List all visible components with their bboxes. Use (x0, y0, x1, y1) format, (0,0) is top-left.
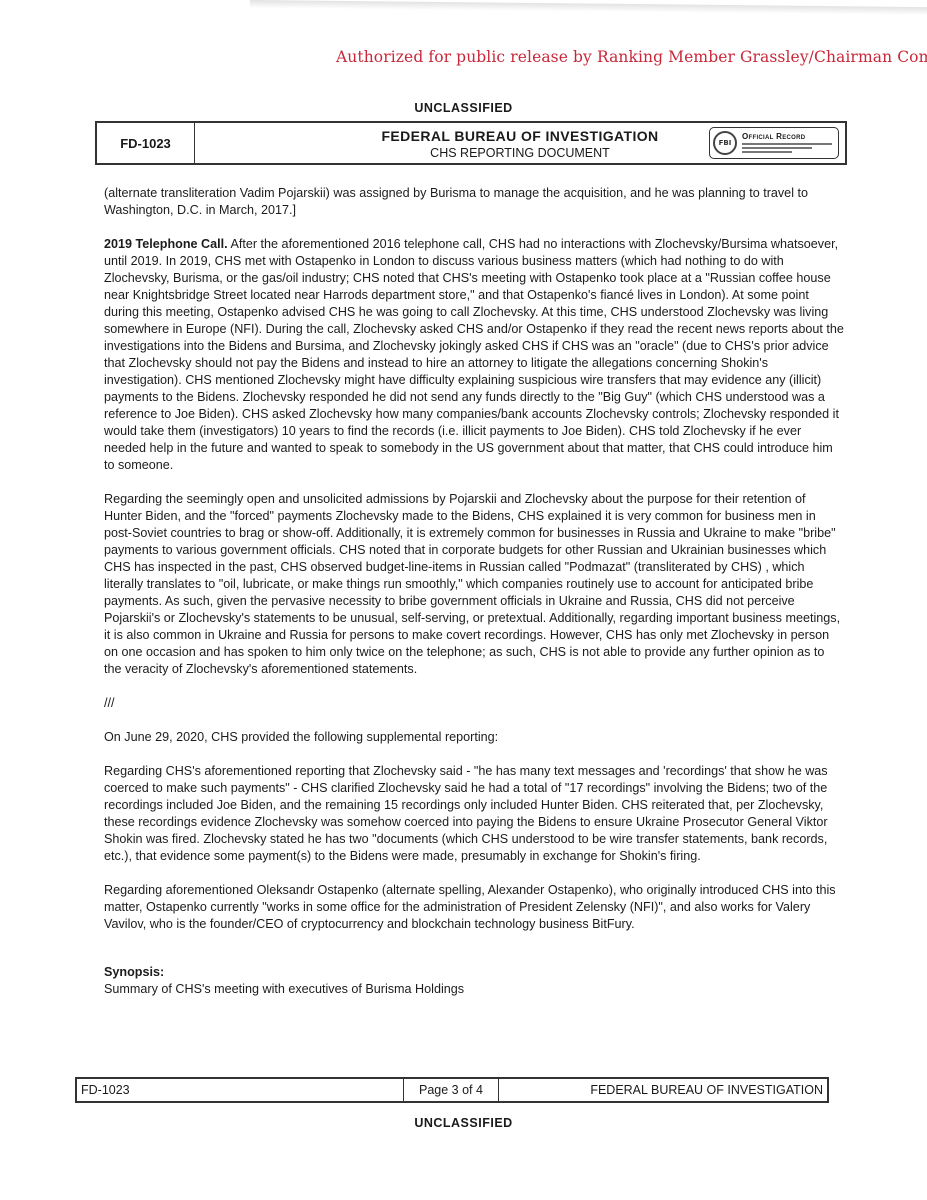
fine-print-line (742, 147, 812, 149)
fine-print-line (742, 143, 832, 145)
classification-marking-bottom: UNCLASSIFIED (0, 1116, 927, 1130)
continuation-paragraph: (alternate transliteration Vadim Pojarsk… (104, 185, 844, 219)
document-body: (alternate transliteration Vadim Pojarsk… (104, 185, 844, 950)
official-record-title: Official Record (742, 133, 832, 141)
footer-form-id: FD-1023 (77, 1079, 404, 1101)
document-footer: FD-1023 Page 3 of 4 FEDERAL BUREAU OF IN… (75, 1077, 829, 1103)
telephone-call-text: After the aforementioned 2016 telephone … (104, 237, 844, 472)
synopsis-label: Synopsis: (104, 964, 844, 981)
section-heading: 2019 Telephone Call. (104, 237, 228, 251)
official-record-stamp: FBI Official Record (709, 127, 839, 159)
section-separator: /// (104, 695, 844, 712)
ostapenko-paragraph: Regarding aforementioned Oleksandr Ostap… (104, 882, 844, 933)
classification-marking-top: UNCLASSIFIED (0, 101, 927, 115)
supplemental-intro: On June 29, 2020, CHS provided the follo… (104, 729, 844, 746)
fine-print-line (742, 151, 792, 153)
telephone-call-paragraph: 2019 Telephone Call. After the aforement… (104, 236, 844, 474)
admissions-paragraph: Regarding the seemingly open and unsolic… (104, 491, 844, 678)
footer-agency: FEDERAL BUREAU OF INVESTIGATION (499, 1079, 827, 1101)
form-id: FD-1023 (97, 123, 195, 163)
synopsis-section: Synopsis: Summary of CHS's meeting with … (104, 964, 844, 998)
release-stamp: Authorized for public release by Ranking… (336, 48, 896, 66)
page-number: Page 3 of 4 (404, 1079, 499, 1101)
scan-edge-shadow (250, 0, 927, 15)
fbi-seal-icon: FBI (713, 131, 737, 155)
synopsis-text: Summary of CHS's meeting with executives… (104, 981, 844, 998)
recordings-paragraph: Regarding CHS's aforementioned reporting… (104, 763, 844, 865)
document-header: FD-1023 FEDERAL BUREAU OF INVESTIGATION … (95, 121, 847, 165)
